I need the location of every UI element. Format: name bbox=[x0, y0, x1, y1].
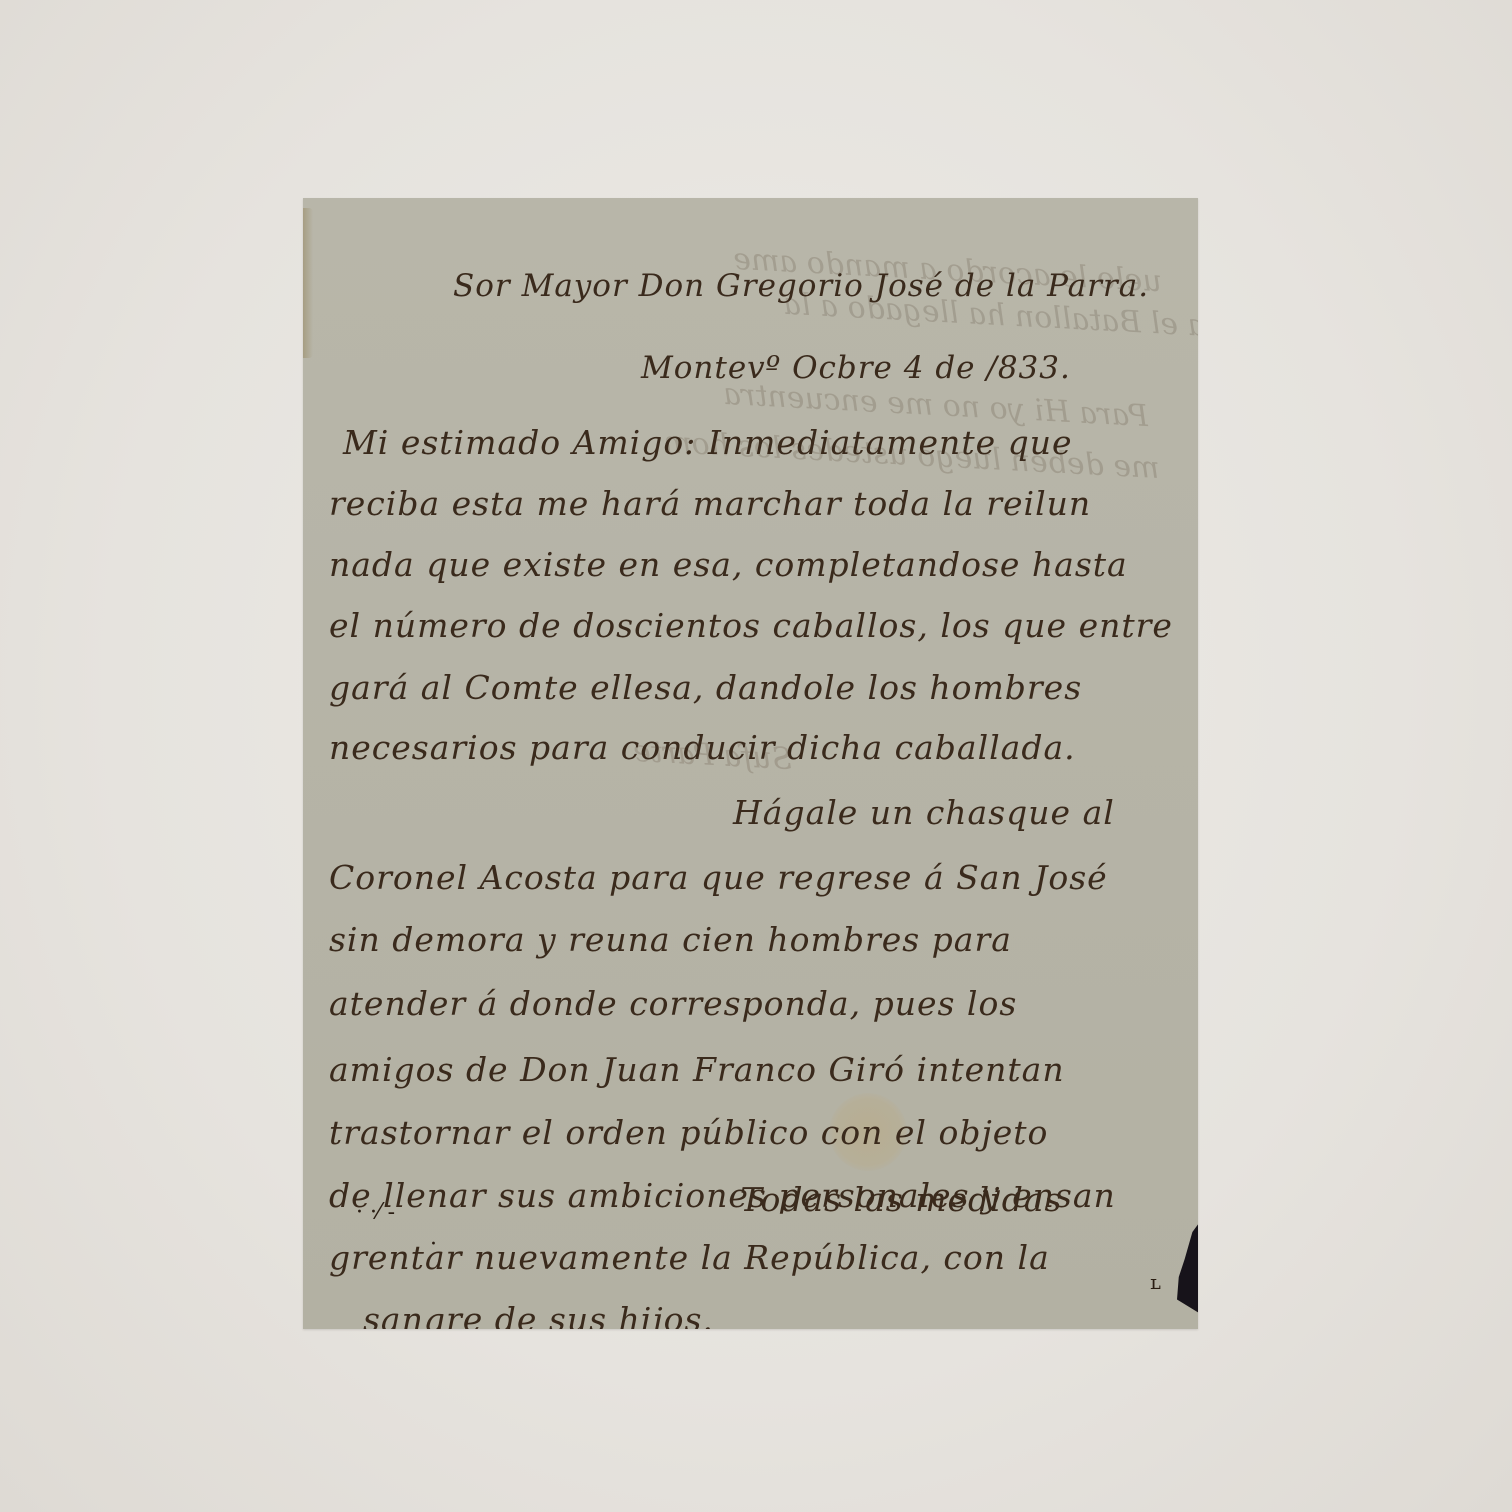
letter-line: sangre de sus hijos. bbox=[363, 1300, 714, 1329]
letter-line: trastornar el orden público con el objet… bbox=[329, 1113, 1048, 1152]
letter-line: necesarios para conducir dicha caballada… bbox=[329, 728, 1076, 767]
closing-fragment: Todas las medidas bbox=[740, 1180, 1062, 1219]
ink-spatter: · bbox=[430, 1232, 437, 1257]
letter-line: reciba esta me hará marchar toda la reil… bbox=[329, 484, 1091, 523]
ink-mark-corner: ʟ bbox=[1150, 1270, 1161, 1294]
letter-line: gará al Comte ellesa, dandole los hombre… bbox=[329, 668, 1082, 707]
letter-line: Coronel Acosta para que regrese á San Jo… bbox=[329, 858, 1108, 897]
letter-line: Mi estimado Amigo: Inmediatamente que bbox=[343, 423, 1073, 462]
letter-line: Hágale un chasque al bbox=[733, 793, 1115, 832]
letter-sheet: uelo le acordo a mando ame la el Batallo… bbox=[303, 198, 1198, 1329]
ink-spatter: · ·⁄ - bbox=[356, 1200, 395, 1225]
date-line: Montevº Ocbre 4 de /833. bbox=[641, 350, 1071, 386]
addressee-line: Sor Mayor Don Gregorio José de la Parra. bbox=[453, 268, 1149, 304]
edge-stain bbox=[303, 208, 313, 358]
letter-line: nada que existe en esa, completandose ha… bbox=[329, 545, 1128, 584]
letter-line: sin demora y reuna cien hombres para bbox=[329, 920, 1012, 959]
letter-line: grentar nuevamente la República, con la bbox=[329, 1238, 1050, 1277]
letter-line: el número de doscientos caballos, los qu… bbox=[329, 606, 1173, 645]
letter-line: amigos de Don Juan Franco Giró intentan bbox=[329, 1050, 1065, 1089]
torn-corner bbox=[1177, 1223, 1198, 1313]
letter-line: atender á donde corresponda, pues los bbox=[329, 984, 1017, 1023]
